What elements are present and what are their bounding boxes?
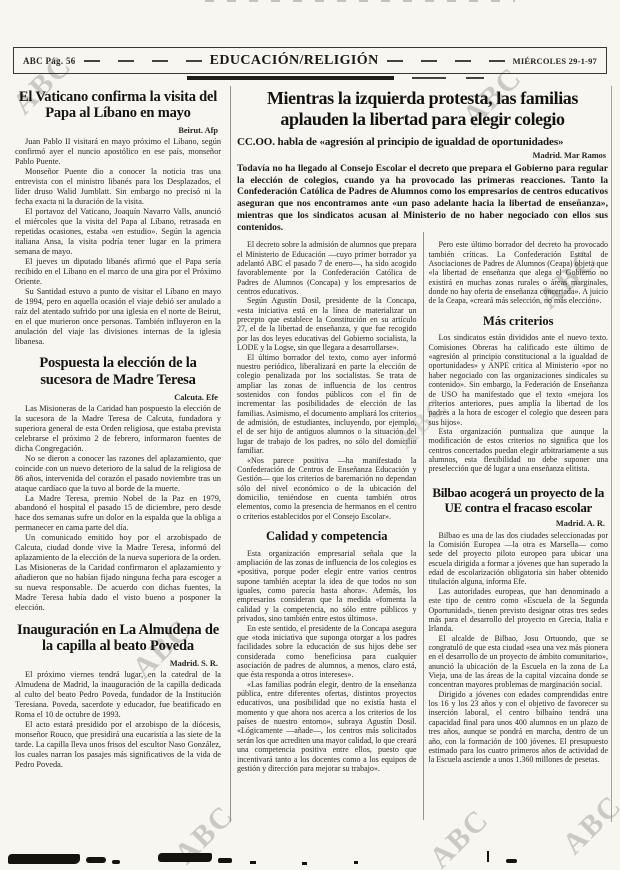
- column-divider-right: [611, 86, 612, 822]
- paragraph: El alcalde de Bilbao, Josu Ortuondo, que…: [429, 634, 609, 690]
- paragraph: «Las familias podrán elegir, dentro de l…: [237, 680, 417, 774]
- main-byline: Madrid. Mar Ramos: [239, 151, 606, 160]
- scan-artifact: [250, 861, 256, 864]
- scan-artifact: [487, 851, 489, 862]
- paragraph: Bilbao es una de las dos ciudades selecc…: [429, 531, 609, 587]
- header-rule-left: [84, 60, 202, 62]
- dateline: Beirut. Afp: [18, 126, 218, 135]
- article-madre-teresa: Pospuesta la elección de la sucesora de …: [15, 355, 221, 612]
- article-headline: Pospuesta la elección de la sucesora de …: [16, 355, 220, 387]
- column-divider-left: [230, 86, 231, 822]
- article-body: Las Misioneras de la Caridad han pospues…: [15, 404, 221, 613]
- paragraph: Monseñor Puente dio a conocer la noticia…: [15, 167, 221, 207]
- article-poveda-chapel: Inauguración en La Almudena de la capill…: [15, 622, 221, 770]
- subsection-mas-criterios: Más criterios: [429, 314, 609, 329]
- abc-watermark: ABC: [423, 802, 496, 870]
- header-rule-dash: [412, 77, 446, 79]
- paragraph: El decreto sobre la admisión de alumnos …: [237, 240, 417, 296]
- header-thick-rule: [187, 76, 394, 80]
- paragraph: Pero este último borrador del decreto ha…: [429, 240, 609, 306]
- subsection-calidad-y-competencia: Calidad y competencia: [237, 529, 417, 544]
- scan-artifact: [158, 853, 212, 862]
- scan-artifact-top-rule: [205, 0, 515, 2]
- page-header: ABC Pág. 56 EDUCACIÓN/RELIGIÓN MIÉRCOLES…: [13, 47, 607, 74]
- article-vatican-visit: El Vaticano confirma la visita del Papa …: [15, 89, 221, 346]
- scan-artifact: [506, 859, 517, 863]
- newspaper-page: ABC ABC ABC ABC ABC ABC ABC ABC ABC Pág.…: [0, 0, 620, 870]
- column-body: Los sindicatos están divididos ante el n…: [429, 333, 609, 473]
- column-body: Pero este último borrador del decreto ha…: [429, 240, 609, 306]
- paragraph: Esta organización puntualiza que aunque …: [429, 427, 609, 474]
- scan-artifact: [354, 861, 358, 864]
- main-article: Mientras la izquierda protesta, las fami…: [237, 88, 608, 773]
- main-columns: El decreto sobre la admisión de alumnos …: [237, 240, 608, 773]
- paragraph: Los sindicatos están divididos ante el n…: [429, 333, 609, 427]
- byline: Madrid. A. R.: [432, 519, 606, 529]
- paragraph: El acto estará presidido por el arzobisp…: [15, 720, 221, 770]
- article-headline: Bilbao acogerá un proyecto de la UE cont…: [430, 485, 608, 515]
- scan-artifact: [218, 858, 232, 863]
- paragraph: Juan Pablo II visitará en mayo próximo e…: [15, 137, 221, 167]
- paragraph: El último borrador del texto, como ayer …: [237, 353, 417, 456]
- paragraph: Las autoridades europeas, que han denomi…: [429, 587, 609, 634]
- article-headline: El Vaticano confirma la visita del Papa …: [16, 89, 220, 121]
- paragraph: En este sentido, el presidente de la Con…: [237, 624, 417, 680]
- article-bilbao-ue: Bilbao acogerá un proyecto de la UE cont…: [429, 485, 609, 765]
- main-headline: Mientras la izquierda protesta, las fami…: [237, 88, 608, 129]
- dateline: Madrid. S. R.: [18, 659, 218, 668]
- scan-artifact: [302, 862, 307, 865]
- article-body: Bilbao es una de las dos ciudades selecc…: [429, 531, 609, 765]
- scan-artifact: [8, 854, 80, 864]
- paragraph: No se dieron a conocer las razones del a…: [15, 454, 221, 494]
- article-headline: Inauguración en La Almudena de la capill…: [16, 622, 220, 654]
- paragraph: «Nos parece positiva —ha manifestado la …: [237, 456, 417, 522]
- paragraph: El jueves un diputado libanés afirmó que…: [15, 257, 221, 287]
- column-body: El decreto sobre la admisión de alumnos …: [237, 240, 417, 521]
- article-body: Juan Pablo II visitará en mayo próximo e…: [15, 137, 221, 346]
- issue-date: MIÉRCOLES 29-1-97: [513, 56, 597, 66]
- scan-artifact: [86, 857, 106, 863]
- paragraph: El próximo viernes tendrá lugar, en la c…: [15, 670, 221, 720]
- main-column-1: El decreto sobre la admisión de alumnos …: [237, 240, 417, 773]
- page-number: ABC Pág. 56: [23, 56, 76, 66]
- paragraph: Dirigido a jóvenes con edades comprendid…: [429, 690, 609, 765]
- section-title: EDUCACIÓN/RELIGIÓN: [210, 53, 379, 69]
- paragraph: Su Santidad estuvo a punto de visitar el…: [15, 287, 221, 347]
- paragraph: Esta organización empresarial señala que…: [237, 549, 417, 624]
- paragraph: La Madre Teresa, premio Nobel de la Paz …: [15, 494, 221, 534]
- main-subheadline: CC.OO. habla de «agresión al principio d…: [237, 136, 608, 148]
- scan-artifact: [112, 860, 120, 864]
- dateline: Calcuta. Efe: [18, 393, 218, 402]
- article-body: El próximo viernes tendrá lugar, en la c…: [15, 670, 221, 770]
- paragraph: Un comunicado emitido hoy por el arzobis…: [15, 533, 221, 613]
- left-column: El Vaticano confirma la visita del Papa …: [15, 86, 221, 779]
- header-rule-dash: [466, 77, 484, 79]
- paragraph: Las Misioneras de la Caridad han pospues…: [15, 404, 221, 454]
- column-body: Esta organización empresarial señala que…: [237, 549, 417, 774]
- paragraph: El portavoz del Vaticano, Joaquín Navarr…: [15, 207, 221, 257]
- header-rule-right: [387, 60, 505, 62]
- main-column-2: Pero este último borrador del decreto ha…: [429, 240, 609, 773]
- lede-paragraph: Todavía no ha llegado al Consejo Escolar…: [237, 163, 608, 233]
- paragraph: Según Agustín Dosil, presidente de la Co…: [237, 296, 417, 352]
